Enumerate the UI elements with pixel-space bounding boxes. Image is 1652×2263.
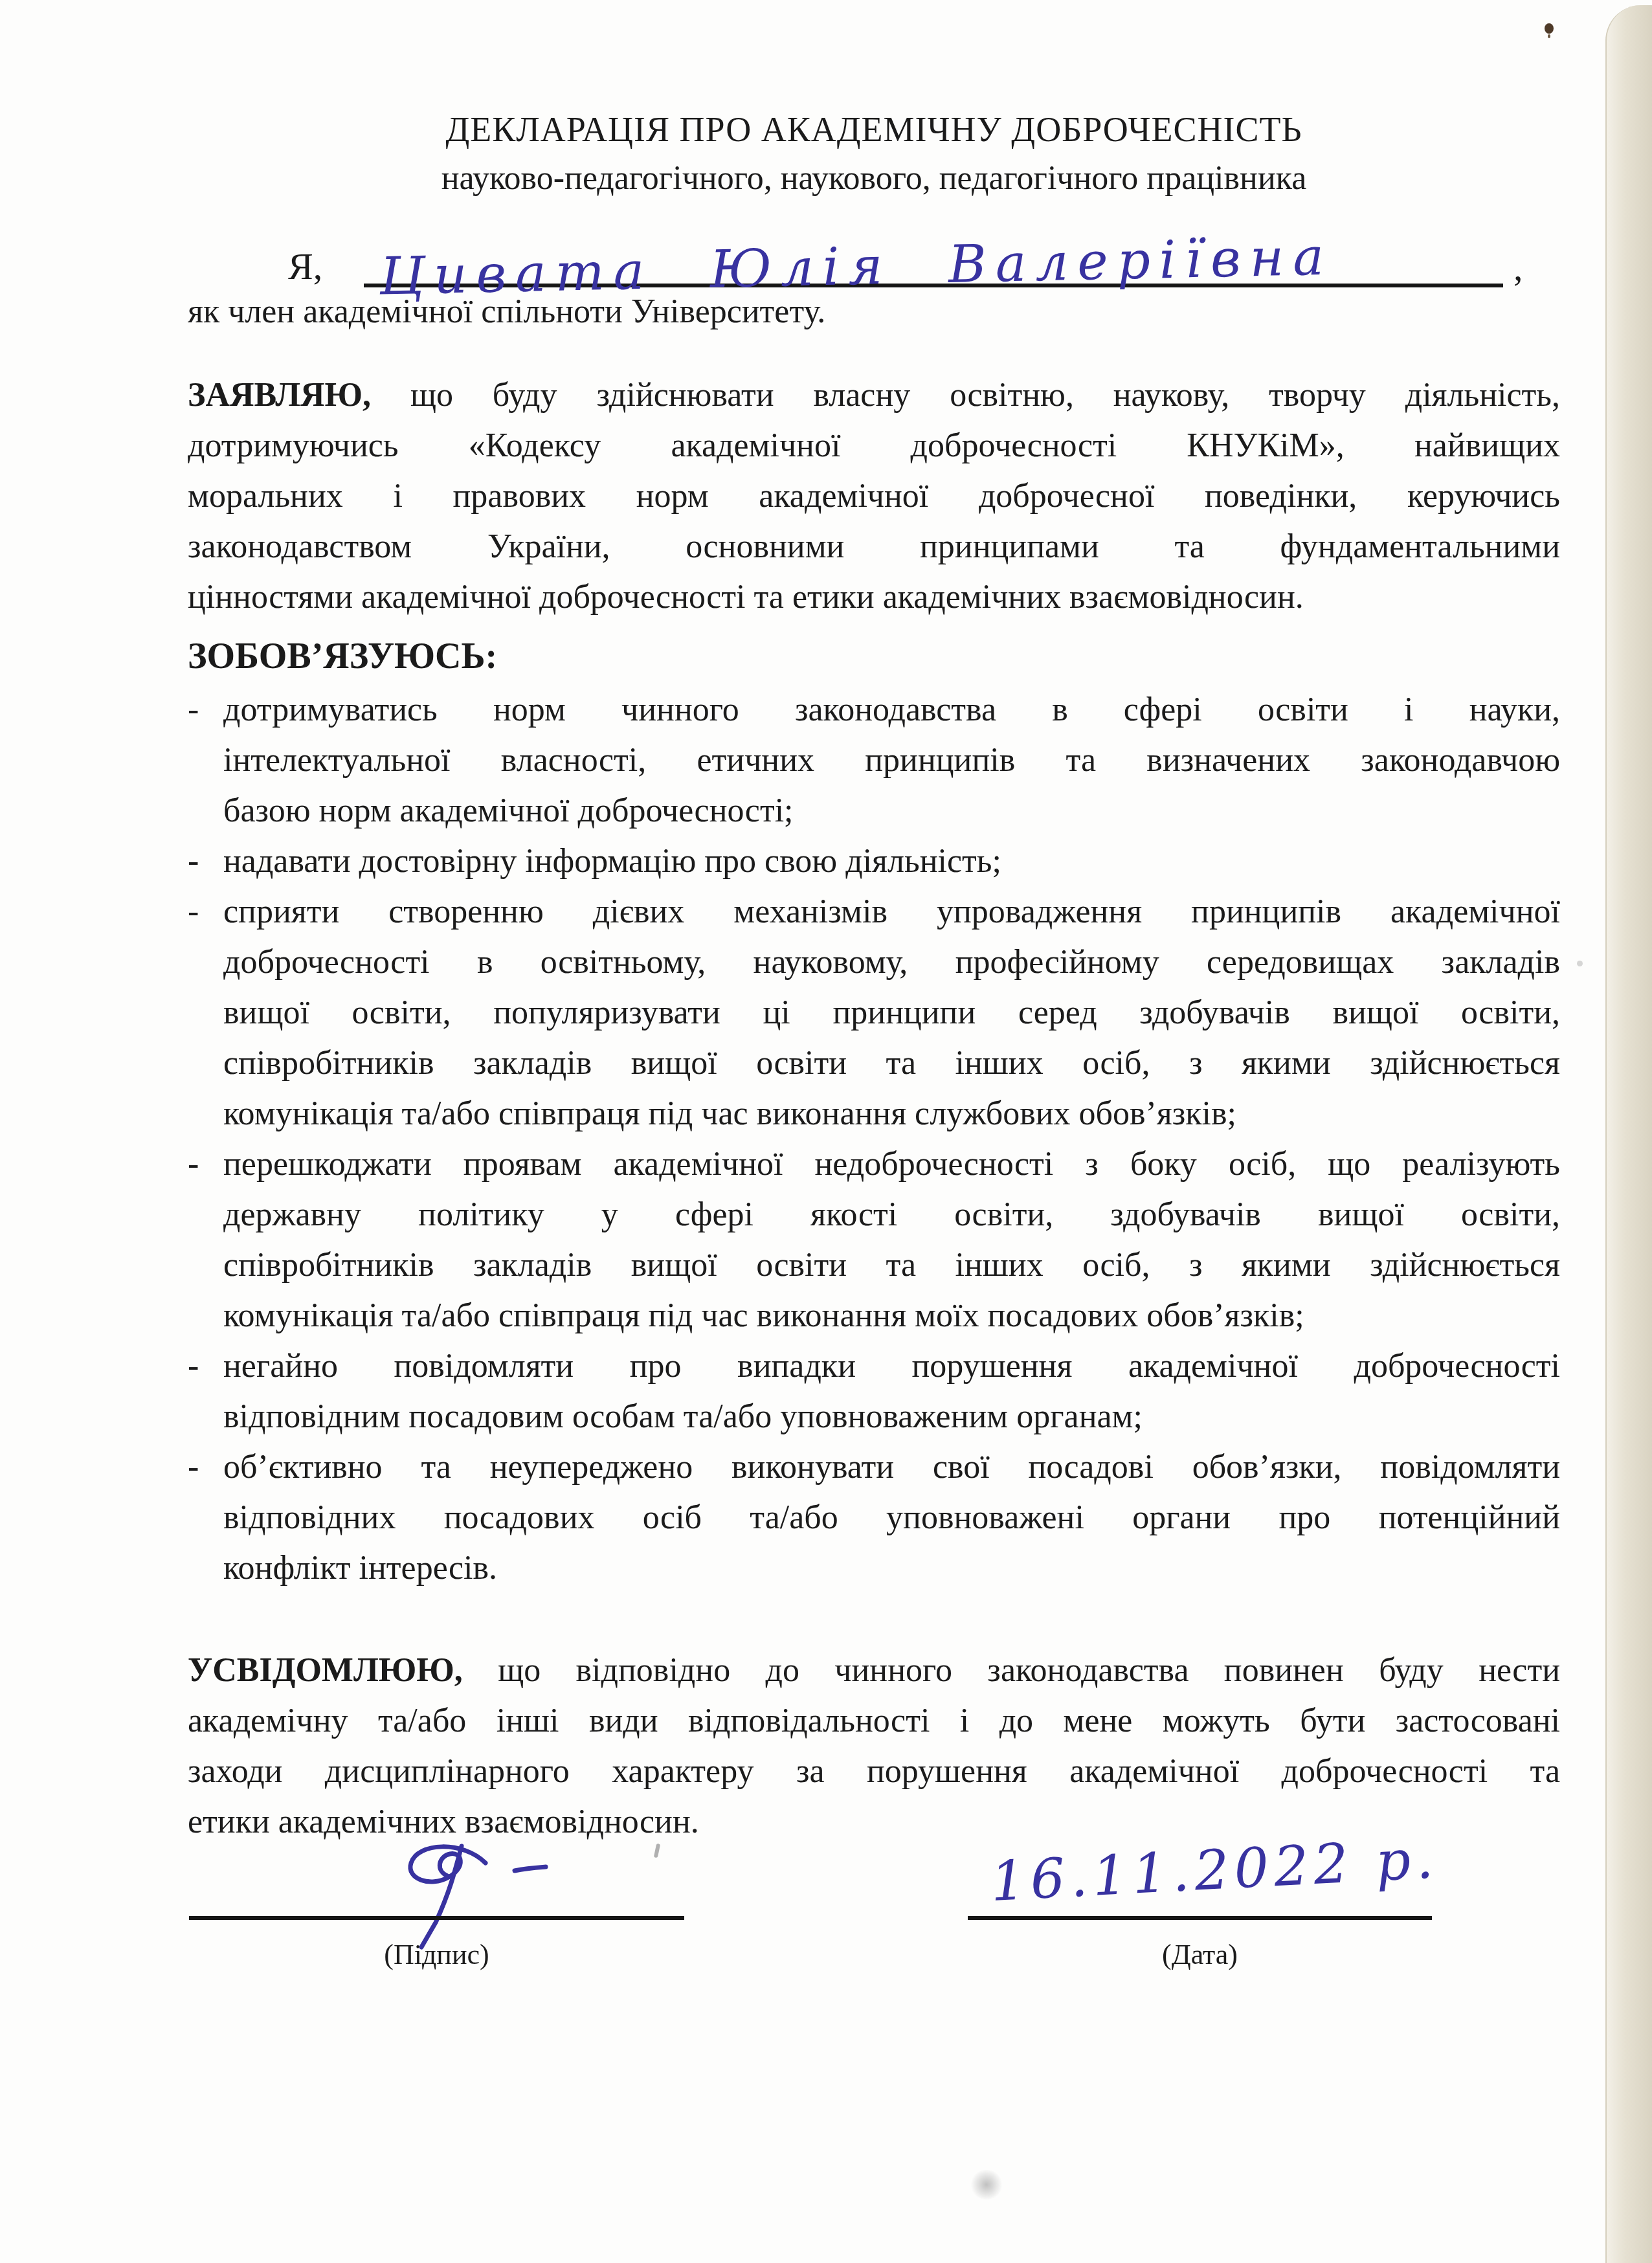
obligation-item: -перешкоджати проявам академічної недобр… — [188, 1139, 1560, 1341]
document-title: ДЕКЛАРАЦІЯ ПРО АКАДЕМІЧНУ ДОБРОЧЕСНІСТЬ — [188, 109, 1560, 150]
obligation-item: -об’єктивно та неупереджено виконувати с… — [188, 1442, 1560, 1594]
scan-speck — [1577, 961, 1583, 966]
text-line: відповідних посадових осіб та/або уповно… — [223, 1493, 1560, 1543]
obligation-item: -дотримуватись норм чинного законодавств… — [188, 685, 1560, 836]
text-line: інтелектуальної власності, етичних принц… — [223, 735, 1560, 786]
signature-block: 16.11.2022 р. (Підпис) (Дата) — [0, 1806, 1652, 2020]
text-line: доброчесності в освітньому, науковому, п… — [223, 937, 1560, 988]
name-underline: Цивата Юлія Валеріївна — [364, 234, 1503, 287]
document-subtitle: науково-педагогічного, наукового, педаго… — [188, 159, 1560, 198]
text-line: дотримуючись «Кодексу академічної доброч… — [188, 421, 1560, 471]
document-header: ДЕКЛАРАЦІЯ ПРО АКАДЕМІЧНУ ДОБРОЧЕСНІСТЬ … — [188, 109, 1560, 198]
text-line: -сприяти створенню дієвих механізмів упр… — [223, 887, 1560, 937]
scan-smudge — [970, 2170, 1003, 2200]
date-label: (Дата) — [968, 1938, 1432, 1971]
obligation-item: -сприяти створенню дієвих механізмів упр… — [188, 887, 1560, 1139]
pronoun-label: Я, — [288, 245, 322, 288]
bullet-marker: - — [188, 887, 199, 937]
text-line: заходи дисциплінарного характеру за пору… — [188, 1746, 1560, 1797]
bullet-marker: - — [188, 1442, 199, 1493]
obligations-list: -дотримуватись норм чинного законодавств… — [188, 685, 1560, 1594]
obligation-item: -надавати достовірну інформацію про свою… — [188, 836, 1560, 887]
text-line: -надавати достовірну інформацію про свою… — [223, 836, 1560, 887]
text-line: УСВІДОМЛЮЮ, що відповідно до чинного зак… — [188, 1645, 1560, 1696]
bullet-marker: - — [188, 1139, 199, 1190]
trailing-comma: , — [1513, 246, 1523, 289]
text-line: цінностями академічної доброчесності та … — [188, 572, 1560, 623]
ink-speck — [1545, 23, 1554, 34]
obligations-heading: ЗОБОВ’ЯЗУЮСЬ: — [188, 636, 497, 677]
signature-label: (Підпис) — [189, 1938, 684, 1971]
text-line: ЗАЯВЛЯЮ, що буду здійснювати власну осві… — [188, 370, 1560, 421]
text-line: співробітників закладів вищої освіти та … — [223, 1038, 1560, 1089]
text-line: академічну та/або інші види відповідальн… — [188, 1696, 1560, 1746]
text-line: комунікація та/або співпраця під час вик… — [223, 1089, 1560, 1139]
text-line: законодавством України, основними принци… — [188, 522, 1560, 572]
text-line: державну політику у сфері якості освіти,… — [223, 1190, 1560, 1240]
signature-line — [189, 1916, 684, 1920]
handwritten-date: 16.11.2022 р. — [989, 1827, 1440, 1913]
text-line: базою норм академічної доброчесності; — [223, 786, 1560, 836]
text-line: відповідним посадовим особам та/або упов… — [223, 1392, 1560, 1442]
scanned-declaration-page: ДЕКЛАРАЦІЯ ПРО АКАДЕМІЧНУ ДОБРОЧЕСНІСТЬ … — [0, 0, 1652, 2263]
bullet-marker: - — [188, 1341, 199, 1392]
bold-lead: ЗАЯВЛЯЮ, — [188, 377, 371, 414]
text-line: вищої освіти, популяризувати ці принципи… — [223, 988, 1560, 1038]
obligation-item: -негайно повідомляти про випадки порушен… — [188, 1341, 1560, 1442]
text-line: -перешкоджати проявам академічної недобр… — [223, 1139, 1560, 1190]
text-line: конфлікт інтересів. — [223, 1543, 1560, 1594]
membership-line: як член академічної спільноти Університе… — [188, 293, 1560, 331]
bullet-marker: - — [188, 836, 199, 887]
text-line: моральних і правових норм академічної до… — [188, 471, 1560, 522]
declaration-paragraph: ЗАЯВЛЯЮ, що буду здійснювати власну осві… — [188, 370, 1560, 623]
bullet-marker: - — [188, 685, 199, 735]
text-line: -об’єктивно та неупереджено виконувати с… — [223, 1442, 1560, 1493]
text-line: -негайно повідомляти про випадки порушен… — [223, 1341, 1560, 1392]
text-line: співробітників закладів вищої освіти та … — [223, 1240, 1560, 1291]
text-line: комунікація та/або співпраця під час вик… — [223, 1291, 1560, 1341]
date-line — [968, 1916, 1432, 1920]
text-line: -дотримуватись норм чинного законодавств… — [223, 685, 1560, 735]
bold-lead: УСВІДОМЛЮЮ, — [188, 1652, 463, 1689]
